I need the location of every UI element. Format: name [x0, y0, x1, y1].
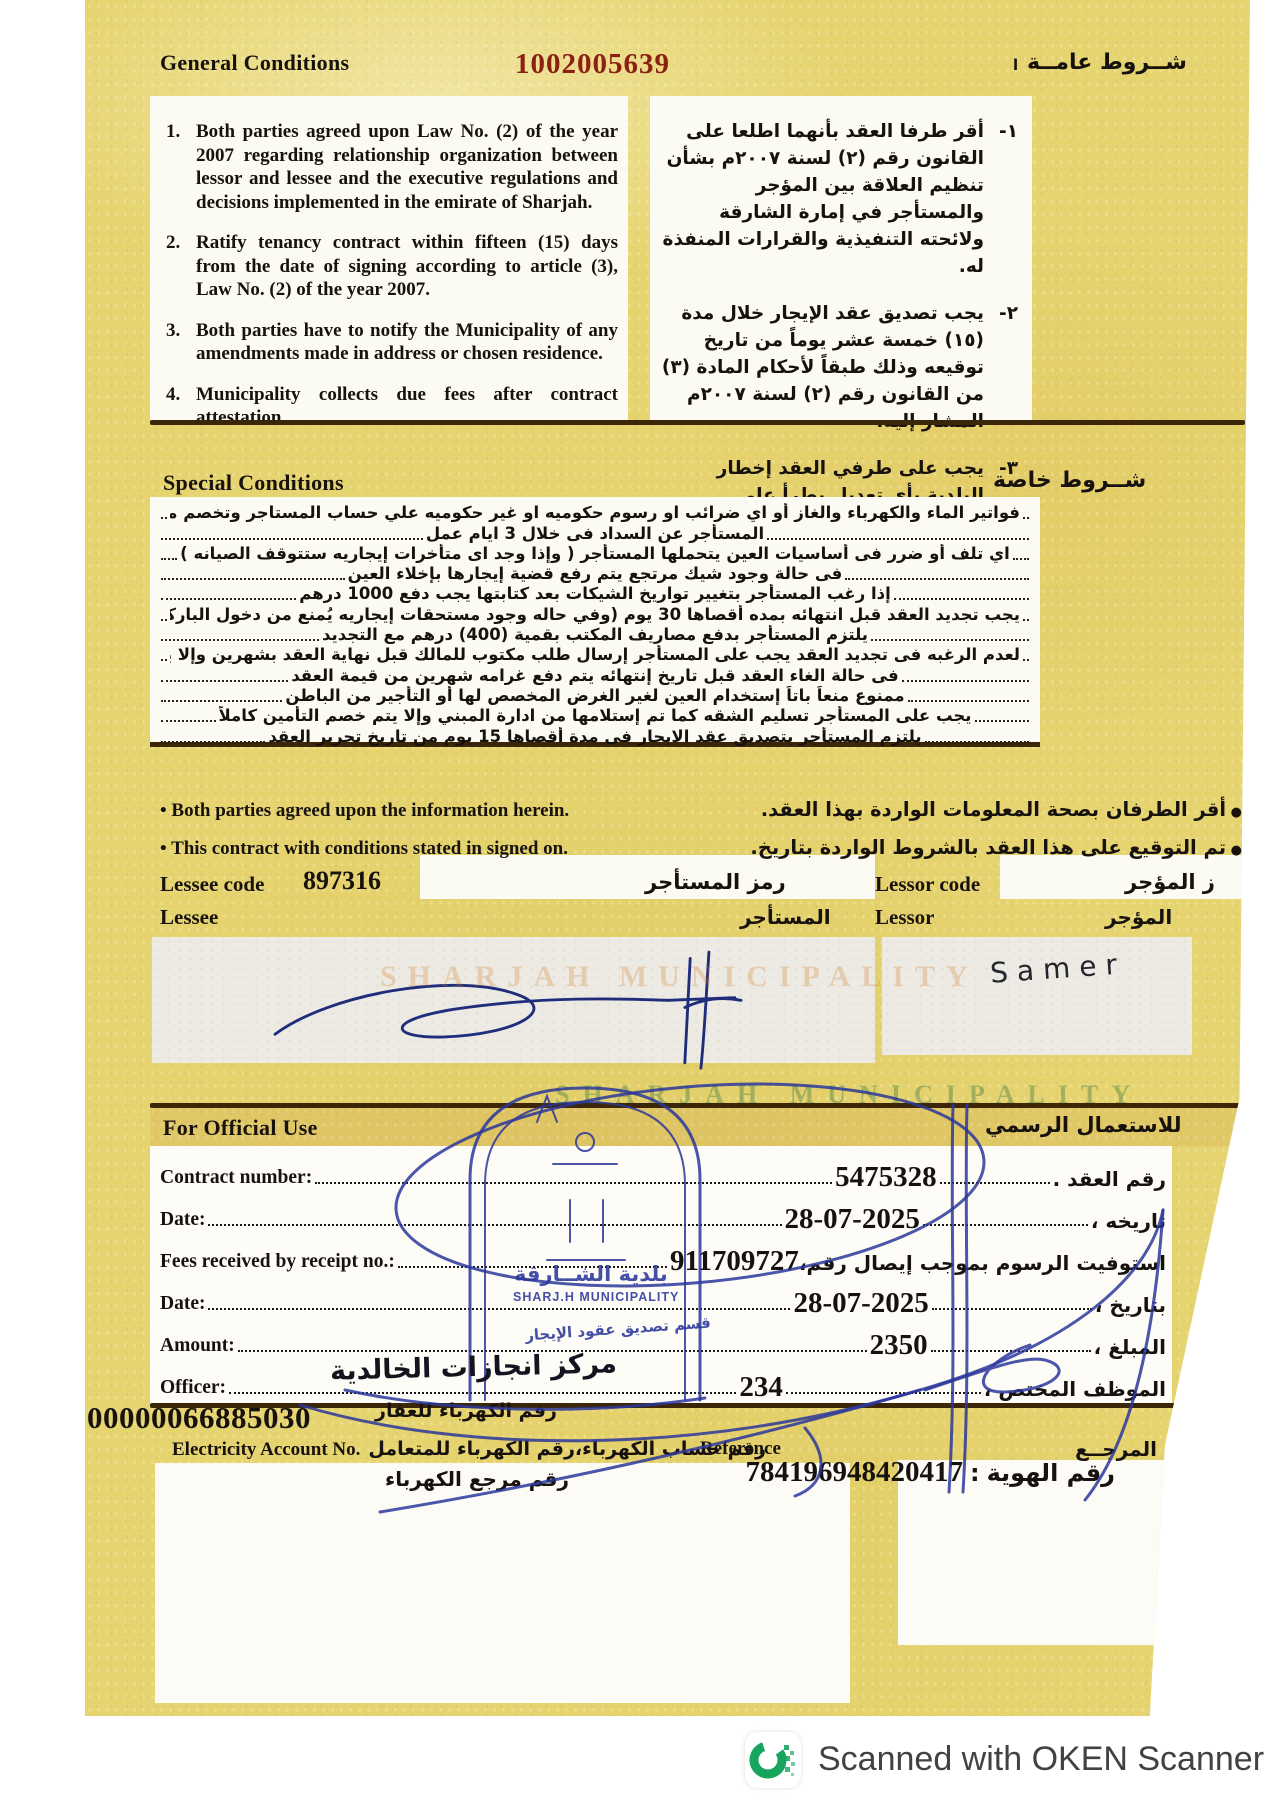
dotted-leader: [161, 558, 177, 560]
special-condition-line: المستأجر عن السداد فى خلال 3 ايام عمل: [158, 522, 1032, 542]
dotted-leader: [1023, 659, 1029, 661]
dotted-leader: [871, 639, 1029, 641]
item-text: يجب تصديق عقد الإيجار خلال مدة (١٥) خمسة…: [658, 300, 984, 435]
official-row-value: 28-07-2025: [785, 1203, 920, 1236]
dotted-leader: [208, 1224, 781, 1226]
general-conditions-box-en: 1. Both parties agreed upon Law No. (2) …: [150, 96, 628, 420]
scanned-contract-page: General Conditions 1002005639 ا شــروط ع…: [85, 0, 1250, 1716]
dotted-leader: [1023, 517, 1029, 519]
dotted-leader: [940, 1182, 1050, 1184]
special-condition-line: يجب تجديد العقد قبل انتهائه بمده أقصاها …: [158, 603, 1032, 623]
lessee-code-label-ar: رمز المستأجر: [645, 870, 786, 894]
dotted-leader: [1013, 558, 1029, 560]
dotted-leader: [923, 1224, 1088, 1226]
official-use-row: Date: 28-07-2025 تاريخه ،: [160, 1194, 1166, 1236]
arabic-title-mark: ا: [1013, 56, 1018, 74]
special-condition-line: يجب على المستأجر تسليم الشقه كما تم إستل…: [158, 705, 1032, 725]
dotted-leader: [908, 700, 1029, 702]
agreement-bullet-ar-1: أقر الطرفان بصحة المعلومات الواردة بهذا …: [761, 798, 1242, 821]
official-row-value: 5475328: [835, 1161, 937, 1194]
scanner-caption: Scanned with OKEN Scanner: [818, 1740, 1264, 1779]
stamp-municipality-name-en: SHARJ.H MUNICIPALITY: [513, 1290, 679, 1304]
general-conditions-title-ar: شــروط عامــة: [1027, 50, 1187, 75]
dotted-leader: [161, 720, 216, 722]
dotted-leader: [767, 538, 1029, 540]
electricity-account-row: Electricity Account No. رقم حساب الكهربا…: [172, 1438, 766, 1461]
municipality-watermark-1: SHARJAH MUNICIPALITY: [380, 960, 979, 994]
general-condition-item-en: 2. Ratify tenancy contract within fiftee…: [166, 231, 618, 302]
item-text: أقر طرفا العقد بأنهما اطلعا على القانون …: [658, 118, 984, 280]
official-row-label-en: Officer:: [160, 1377, 226, 1399]
electricity-premises-label-ar: رقم الكهرباء للعقار: [375, 1400, 557, 1422]
lessor-code-label: Lessor code: [875, 872, 980, 897]
general-condition-item-ar: ١- أقر طرفا العقد بأنهما اطلعا على القان…: [658, 118, 1018, 280]
electricity-reference-number-label-ar: رقم مرجع الكهرباء: [385, 1467, 569, 1491]
dotted-leader: [161, 517, 167, 519]
dotted-leader: [161, 741, 265, 743]
item-number: ٢-: [984, 300, 1018, 435]
official-row-label-ar: استوفيت الرسوم بموجب إيصال رقم،: [799, 1251, 1166, 1275]
special-condition-line: إذا رغب المستأجر بتغيير تواريخ الشيكات ب…: [158, 583, 1032, 603]
official-row-label-en: Fees received by receipt no.:: [160, 1251, 395, 1273]
official-row-label-en: Contract number:: [160, 1167, 312, 1189]
dotted-leader: [315, 1182, 832, 1184]
for-official-use-title-ar: للاستعمال الرسمي: [985, 1113, 1182, 1137]
general-condition-item-en: 1. Both parties agreed upon Law No. (2) …: [166, 120, 618, 214]
official-row-label-ar: الموظف المختص ،: [984, 1377, 1166, 1401]
section-divider-rule: [150, 420, 1245, 425]
oken-scanner-logo-icon: [745, 1732, 801, 1788]
dotted-leader: [975, 720, 1030, 722]
dotted-leader: [1023, 619, 1029, 621]
special-condition-line: يلتزم المستأجر بدفع مصاريف المكتب بقمية …: [158, 624, 1032, 644]
special-conditions-title: Special Conditions: [163, 470, 344, 496]
lessor-code-label-ar: ز المؤجر: [1125, 870, 1215, 894]
dotted-leader: [161, 680, 288, 682]
official-row-label-ar: تاريخه ،: [1091, 1209, 1166, 1233]
official-row-value: 2350: [870, 1329, 928, 1362]
special-conditions-box: فواتير الماء والكهرباء والغاز أو اي ضرائ…: [150, 497, 1040, 747]
for-official-use-title: For Official Use: [163, 1115, 318, 1141]
dotted-leader: [161, 639, 319, 641]
general-conditions-title: General Conditions: [160, 50, 349, 76]
dotted-leader: [161, 619, 167, 621]
dotted-leader: [931, 1350, 1091, 1352]
official-row-value: 911709727: [670, 1245, 799, 1278]
dotted-leader: [161, 659, 167, 661]
electricity-reference-box: [155, 1463, 850, 1703]
dotted-leader: [925, 741, 1029, 743]
contract-serial-number: 1002005639: [515, 48, 670, 81]
dotted-leader: [229, 1392, 736, 1394]
special-conditions-title-ar: شــروط خاصة: [993, 468, 1146, 493]
electricity-premises-number: 00000066885030: [87, 1400, 311, 1436]
special-condition-line: فواتير الماء والكهرباء والغاز أو اي ضرائ…: [158, 502, 1032, 522]
official-use-row: Contract number: 5475328 رقم العقد .: [160, 1152, 1166, 1194]
lessee-label-ar: المستأجر: [740, 905, 831, 929]
item-number: ١-: [984, 118, 1018, 280]
lessee-code-value: 897316: [303, 866, 381, 896]
dotted-leader: [932, 1308, 1092, 1310]
official-row-label-ar: رقم العقد .: [1053, 1167, 1166, 1191]
agreement-bullet-ar-2: تم التوقيع على هذا العقد بالشروط الواردة…: [750, 836, 1242, 859]
item-number: 1.: [166, 120, 196, 214]
identity-number-label: رقم الهوية: [987, 1459, 1115, 1487]
dotted-leader: [845, 578, 1029, 580]
lessee-code-label: Lessee code: [160, 872, 264, 897]
dotted-leader: [161, 700, 282, 702]
special-condition-line: ممنوع منعاً باتاً إستخدام العين لغير الغ…: [158, 685, 1032, 705]
dotted-leader: [786, 1392, 981, 1394]
dotted-leader: [894, 598, 1029, 600]
dotted-leader: [161, 578, 345, 580]
electricity-section-rule: [150, 1403, 1245, 1408]
lessor-label: Lessor: [875, 905, 935, 930]
item-text: Ratify tenancy contract within fifteen (…: [196, 231, 618, 302]
item-number: 2.: [166, 231, 196, 302]
special-condition-line: لعدم الرغبه فى تجديد العقد يجب على المست…: [158, 644, 1032, 664]
special-condition-line: يلتزم المستأجر بتصديق عقد الايجار فى مدة…: [158, 725, 1032, 745]
official-row-label-en: Date:: [160, 1209, 205, 1231]
identity-number-line: رقم الهوية : 784196948420417: [745, 1456, 1115, 1489]
official-row-label-en: Date:: [160, 1293, 205, 1315]
lessee-label: Lessee: [160, 905, 218, 930]
item-text: Both parties agreed upon Law No. (2) of …: [196, 120, 618, 214]
general-condition-item-ar: ٢- يجب تصديق عقد الإيجار خلال مدة (١٥) خ…: [658, 300, 1018, 435]
agreement-bullet-en-1: Both parties agreed upon the information…: [160, 800, 569, 822]
electricity-account-label-en: Electricity Account No.: [172, 1439, 360, 1461]
official-use-row: Officer: 234 الموظف المختص ،: [160, 1362, 1166, 1404]
general-condition-item-en: 3. Both parties have to notify the Munic…: [166, 319, 618, 366]
official-row-label-ar: المبلغ ،: [1094, 1335, 1166, 1359]
official-row-value: 28-07-2025: [793, 1287, 928, 1320]
item-number: 3.: [166, 319, 196, 366]
identity-number-value: 784196948420417: [745, 1456, 963, 1489]
lessor-label-ar: المؤجر: [1105, 905, 1172, 929]
item-text: Both parties have to notify the Municipa…: [196, 319, 618, 366]
general-conditions-box-ar: ١- أقر طرفا العقد بأنهما اطلعا على القان…: [650, 96, 1032, 420]
agreement-bullet-en-2: This contract with conditions stated in …: [160, 838, 568, 860]
municipality-watermark-2: SHARJAH MUNICIPALITY: [555, 1080, 1143, 1110]
dotted-leader: [902, 680, 1029, 682]
official-row-value: 234: [739, 1371, 783, 1404]
official-row-label-en: Amount:: [160, 1335, 235, 1357]
special-condition-line: فى حالة الغاء العقد قبل تاريخ إنتهائه يت…: [158, 664, 1032, 684]
official-row-label-ar: بتاريخ ،: [1095, 1293, 1166, 1317]
dotted-leader: [161, 598, 296, 600]
dotted-leader: [208, 1308, 790, 1310]
stamp-municipality-name-ar: بلدية الشــارقة: [514, 1262, 668, 1286]
dotted-leader: [161, 538, 423, 540]
special-condition-line: فى حالة وجود شيك مرتجع يتم رفع قضية إيجا…: [158, 563, 1032, 583]
special-condition-line: اي تلف أو ضرر فى أساسيات العين يتحملها ا…: [158, 543, 1032, 563]
identity-number-separator: :: [970, 1459, 980, 1487]
